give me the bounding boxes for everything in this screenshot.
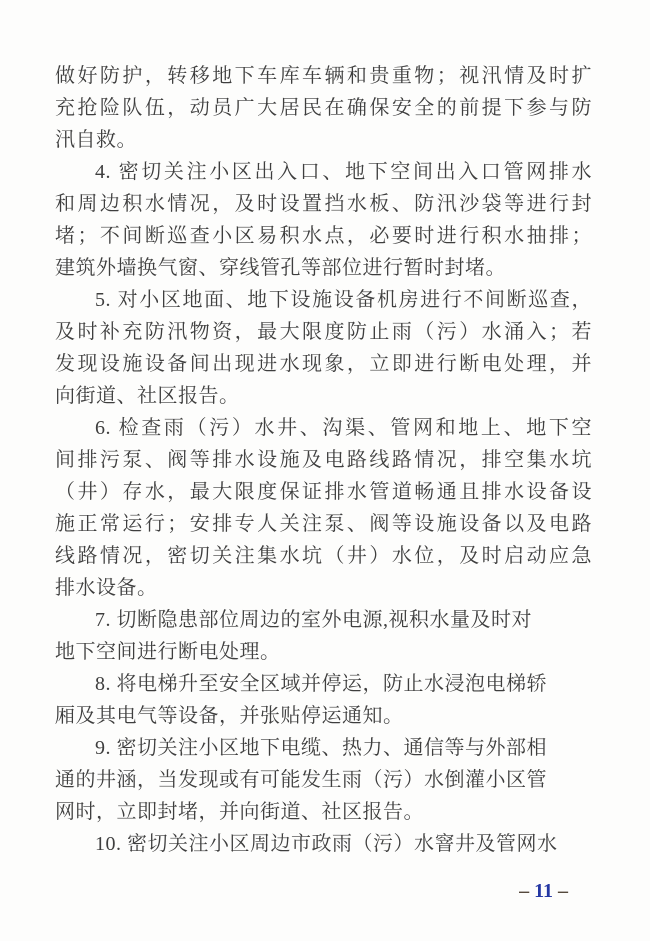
text-line: 充抢险队伍，动员广大居民在确保安全的前提下参与防: [55, 92, 592, 124]
text-line: 7. 切断隐患部位周边的室外电源,视积水量及时对: [55, 604, 592, 636]
text-line: 9. 密切关注小区地下电缆、热力、通信等与外部相: [55, 732, 592, 764]
text-line: 排水设备。: [55, 572, 592, 604]
page-number: –11–: [519, 880, 568, 903]
text-line: 网时，立即封堵，并向街道、社区报告。: [55, 796, 592, 828]
text-line: 10. 密切关注小区周边市政雨（污）水窨井及管网水: [55, 828, 592, 860]
text-line: 厢及其电气等设备，并张贴停运通知。: [55, 700, 592, 732]
text-line: 8. 将电梯升至安全区域并停运，防止水浸泡电梯轿: [55, 668, 592, 700]
text-line: 做好防护，转移地下车库车辆和贵重物；视汛情及时扩: [55, 60, 592, 92]
text-line: 和周边积水情况，及时设置挡水板、防汛沙袋等进行封: [55, 188, 592, 220]
text-line: 6. 检查雨（污）水井、沟渠、管网和地上、地下空: [55, 412, 592, 444]
text-line: 向街道、社区报告。: [55, 380, 592, 412]
document-body: 做好防护，转移地下车库车辆和贵重物；视汛情及时扩 充抢险队伍，动员广大居民在确保…: [55, 60, 592, 860]
text-line: （井）存水，最大限度保证排水管道畅通且排水设备设: [55, 476, 592, 508]
text-line: 5. 对小区地面、地下设施设备机房进行不间断巡查，: [55, 284, 592, 316]
page-number-value: 11: [534, 880, 553, 902]
text-line: 通的井涵，当发现或有可能发生雨（污）水倒灌小区管: [55, 764, 592, 796]
text-line: 施正常运行；安排专人关注泵、阀等设施设备以及电路: [55, 508, 592, 540]
text-line: 建筑外墙换气窗、穿线管孔等部位进行暂时封堵。: [55, 252, 592, 284]
page-number-dash-left: –: [519, 880, 529, 902]
text-line: 堵；不间断巡查小区易积水点，必要时进行积水抽排；: [55, 220, 592, 252]
text-line: 发现设施设备间出现进水现象，立即进行断电处理，并: [55, 348, 592, 380]
text-line: 汛自救。: [55, 124, 592, 156]
text-line: 及时补充防汛物资，最大限度防止雨（污）水涌入；若: [55, 316, 592, 348]
text-line: 线路情况，密切关注集水坑（井）水位，及时启动应急: [55, 540, 592, 572]
text-line: 间排污泵、阀等排水设施及电路线路情况，排空集水坑: [55, 444, 592, 476]
page-number-dash-right: –: [558, 880, 568, 902]
text-line: 地下空间进行断电处理。: [55, 636, 592, 668]
document-page: { "doc": { "lines": [ { "text": "做好防护，转移…: [0, 0, 650, 941]
text-line: 4. 密切关注小区出入口、地下空间出入口管网排水: [55, 156, 592, 188]
